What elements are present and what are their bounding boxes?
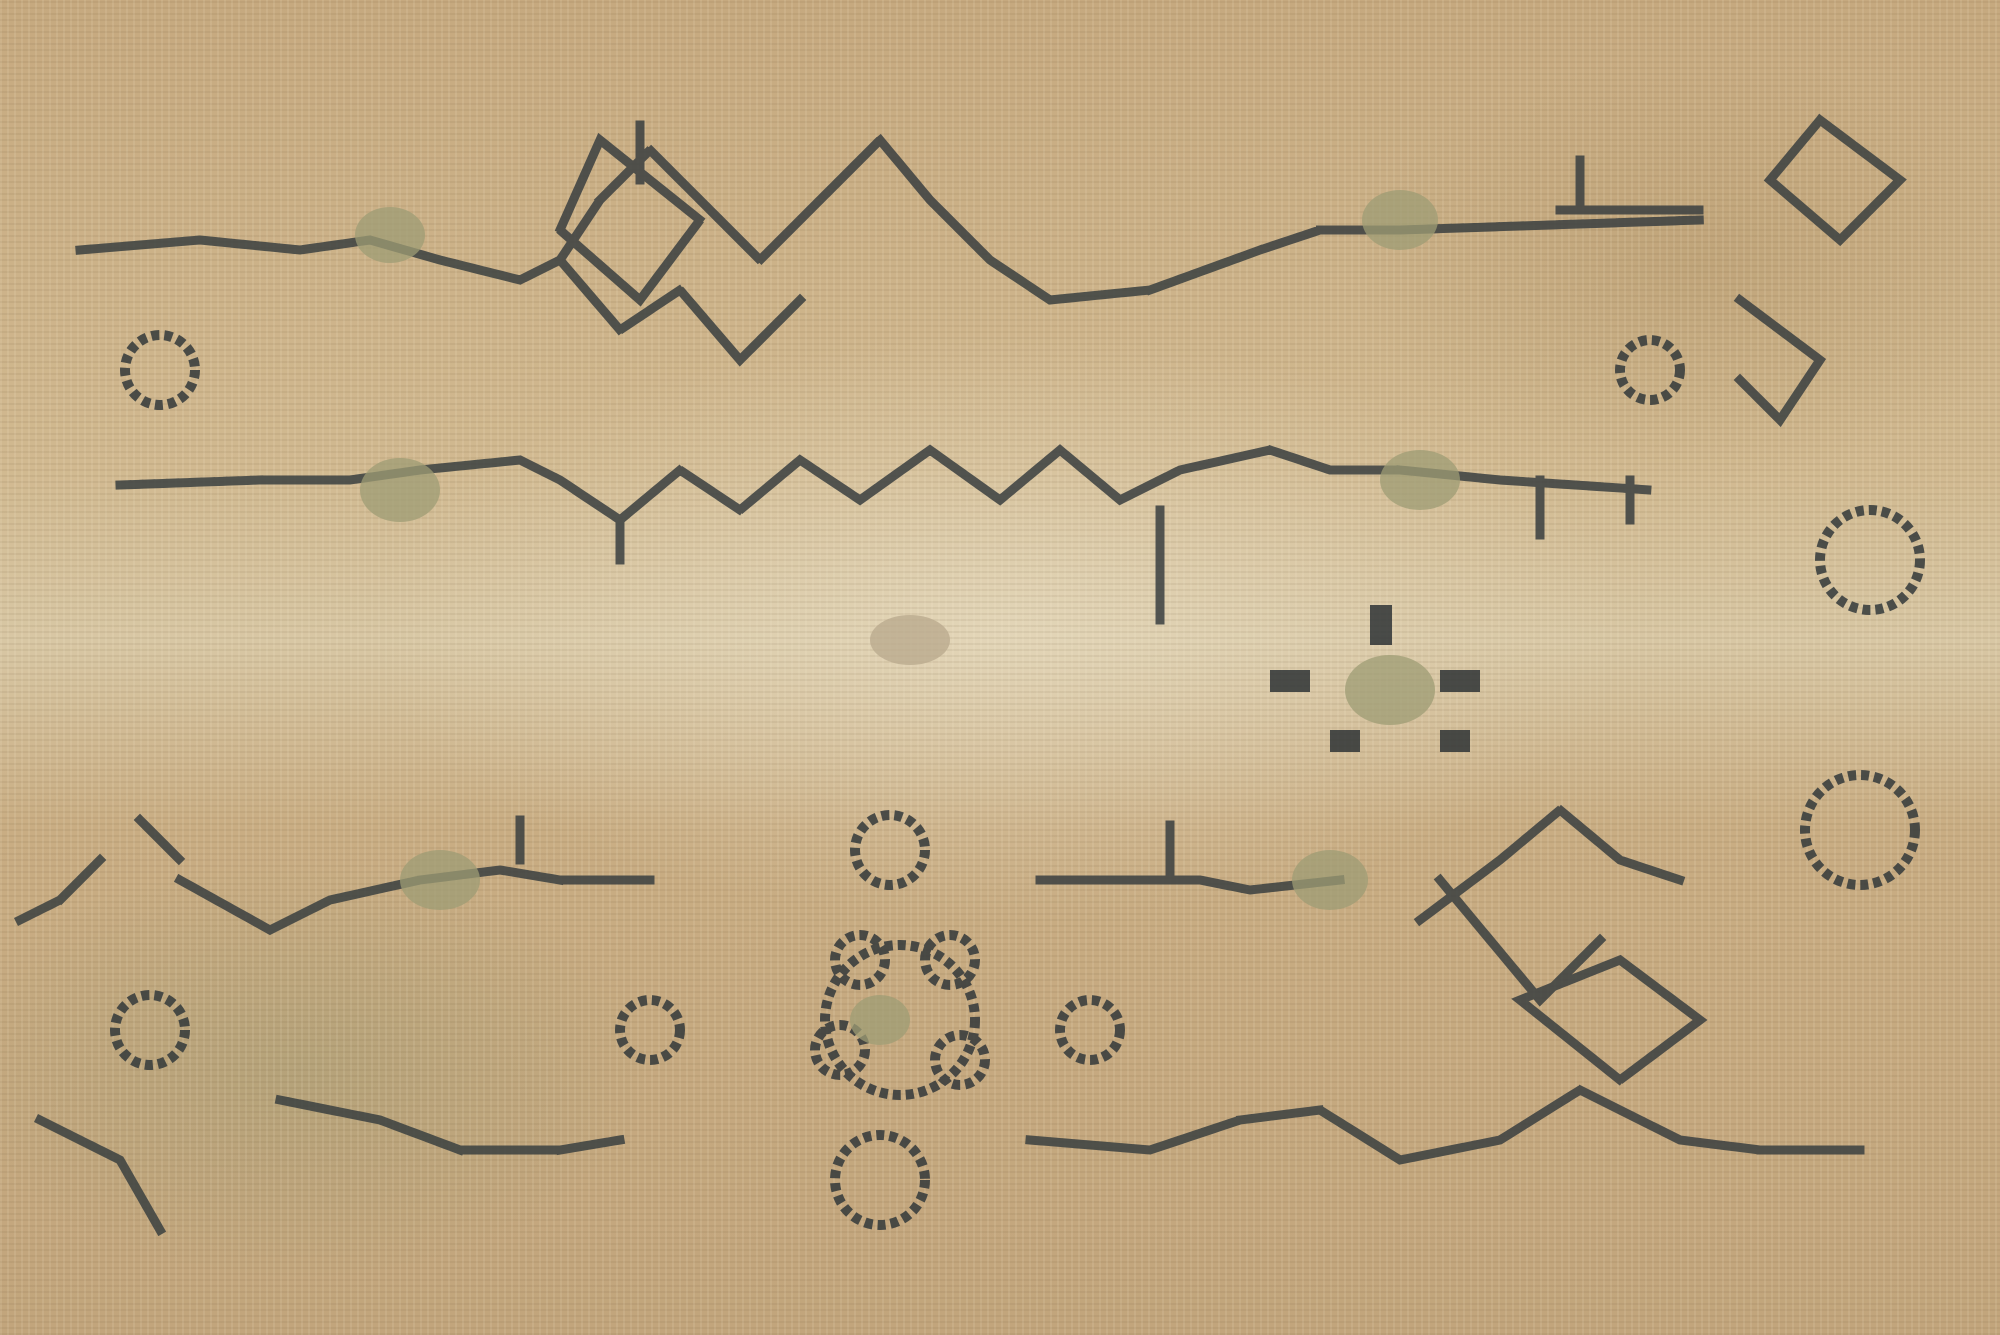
- rug-pattern: [0, 0, 2000, 1335]
- rug-photo: Close-up of a worn vintage hand-knotted …: [0, 0, 2000, 1335]
